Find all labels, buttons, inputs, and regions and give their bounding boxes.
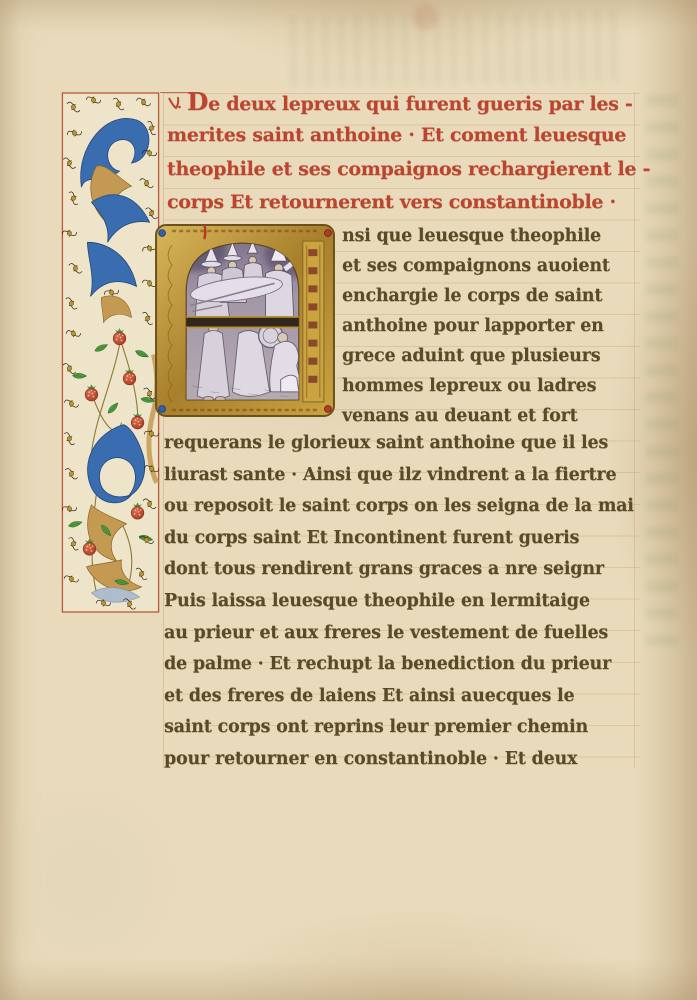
rubric-line: theophile et ses compaignos rechargieren…: [167, 153, 645, 186]
text-line: saint corps ont reprins leur premier che…: [164, 712, 644, 744]
text-line: de palme · Et rechupt la benediction du …: [164, 649, 644, 681]
red-flourish: [204, 225, 205, 239]
text-line: et ses compaignons auoient: [342, 251, 640, 281]
text-line: hommes lepreux ou ladres: [342, 371, 640, 401]
text-line: pour retourner en constantinoble · Et de…: [164, 744, 644, 776]
rubric-line: merites saint anthoine · Et coment leues…: [167, 119, 645, 152]
text-line: requerans le glorieux saint anthoine que…: [164, 428, 644, 460]
text-line: venans au deuant et fort: [342, 401, 640, 431]
lower-figures: [197, 323, 303, 402]
initial-crossbar: [180, 316, 303, 328]
text-line: au prieur et aux freres le vestement de …: [164, 618, 644, 650]
decorated-border: [61, 92, 160, 613]
initial-pilaster: [303, 241, 324, 402]
text-line: enchargie le corps de saint: [342, 281, 640, 311]
text-line: ou reposoit le saint corps on les seigna…: [164, 491, 644, 523]
text-line: liurast sante · Ainsi que ilz vindrent a…: [164, 460, 644, 492]
body-text-beside-initial: nsi que leuesque theophile et ses compai…: [342, 221, 640, 431]
rubric-flourish-icon: [167, 95, 181, 111]
body-text-full-width: requerans le glorieux saint anthoine que…: [164, 428, 644, 776]
text-line: anthoine pour lapporter en: [342, 311, 640, 341]
stain: [412, 4, 438, 30]
show-through-text: [646, 95, 678, 655]
show-through-text: [289, 9, 620, 87]
rubric-line: corps Et retournerent vers constantinobl…: [167, 186, 645, 219]
text-line: du corps saint Et Incontinent furent gue…: [164, 523, 644, 555]
text-line: Puis laissa leuesque theophile en lermit…: [164, 586, 644, 618]
border-decoration-svg: [61, 92, 160, 613]
historiated-initial: [152, 221, 338, 420]
text-line: dont tous rendirent grans graces a nre s…: [164, 554, 644, 586]
text-line: grece aduint que plusieurs: [342, 341, 640, 371]
historiated-initial-miniature: [152, 221, 338, 420]
manuscript-page: De deux lepreux qui furent gueris par le…: [0, 0, 697, 1000]
text-line: nsi que leuesque theophile: [342, 221, 640, 251]
rubric-line-text: De deux lepreux qui furent gueris par le…: [187, 85, 632, 121]
text-line: et des freres de laiens Et ainsi auecque…: [164, 681, 644, 713]
rubric-block: De deux lepreux qui furent gueris par le…: [167, 86, 645, 220]
rubric-line: De deux lepreux qui furent gueris par le…: [167, 86, 645, 119]
